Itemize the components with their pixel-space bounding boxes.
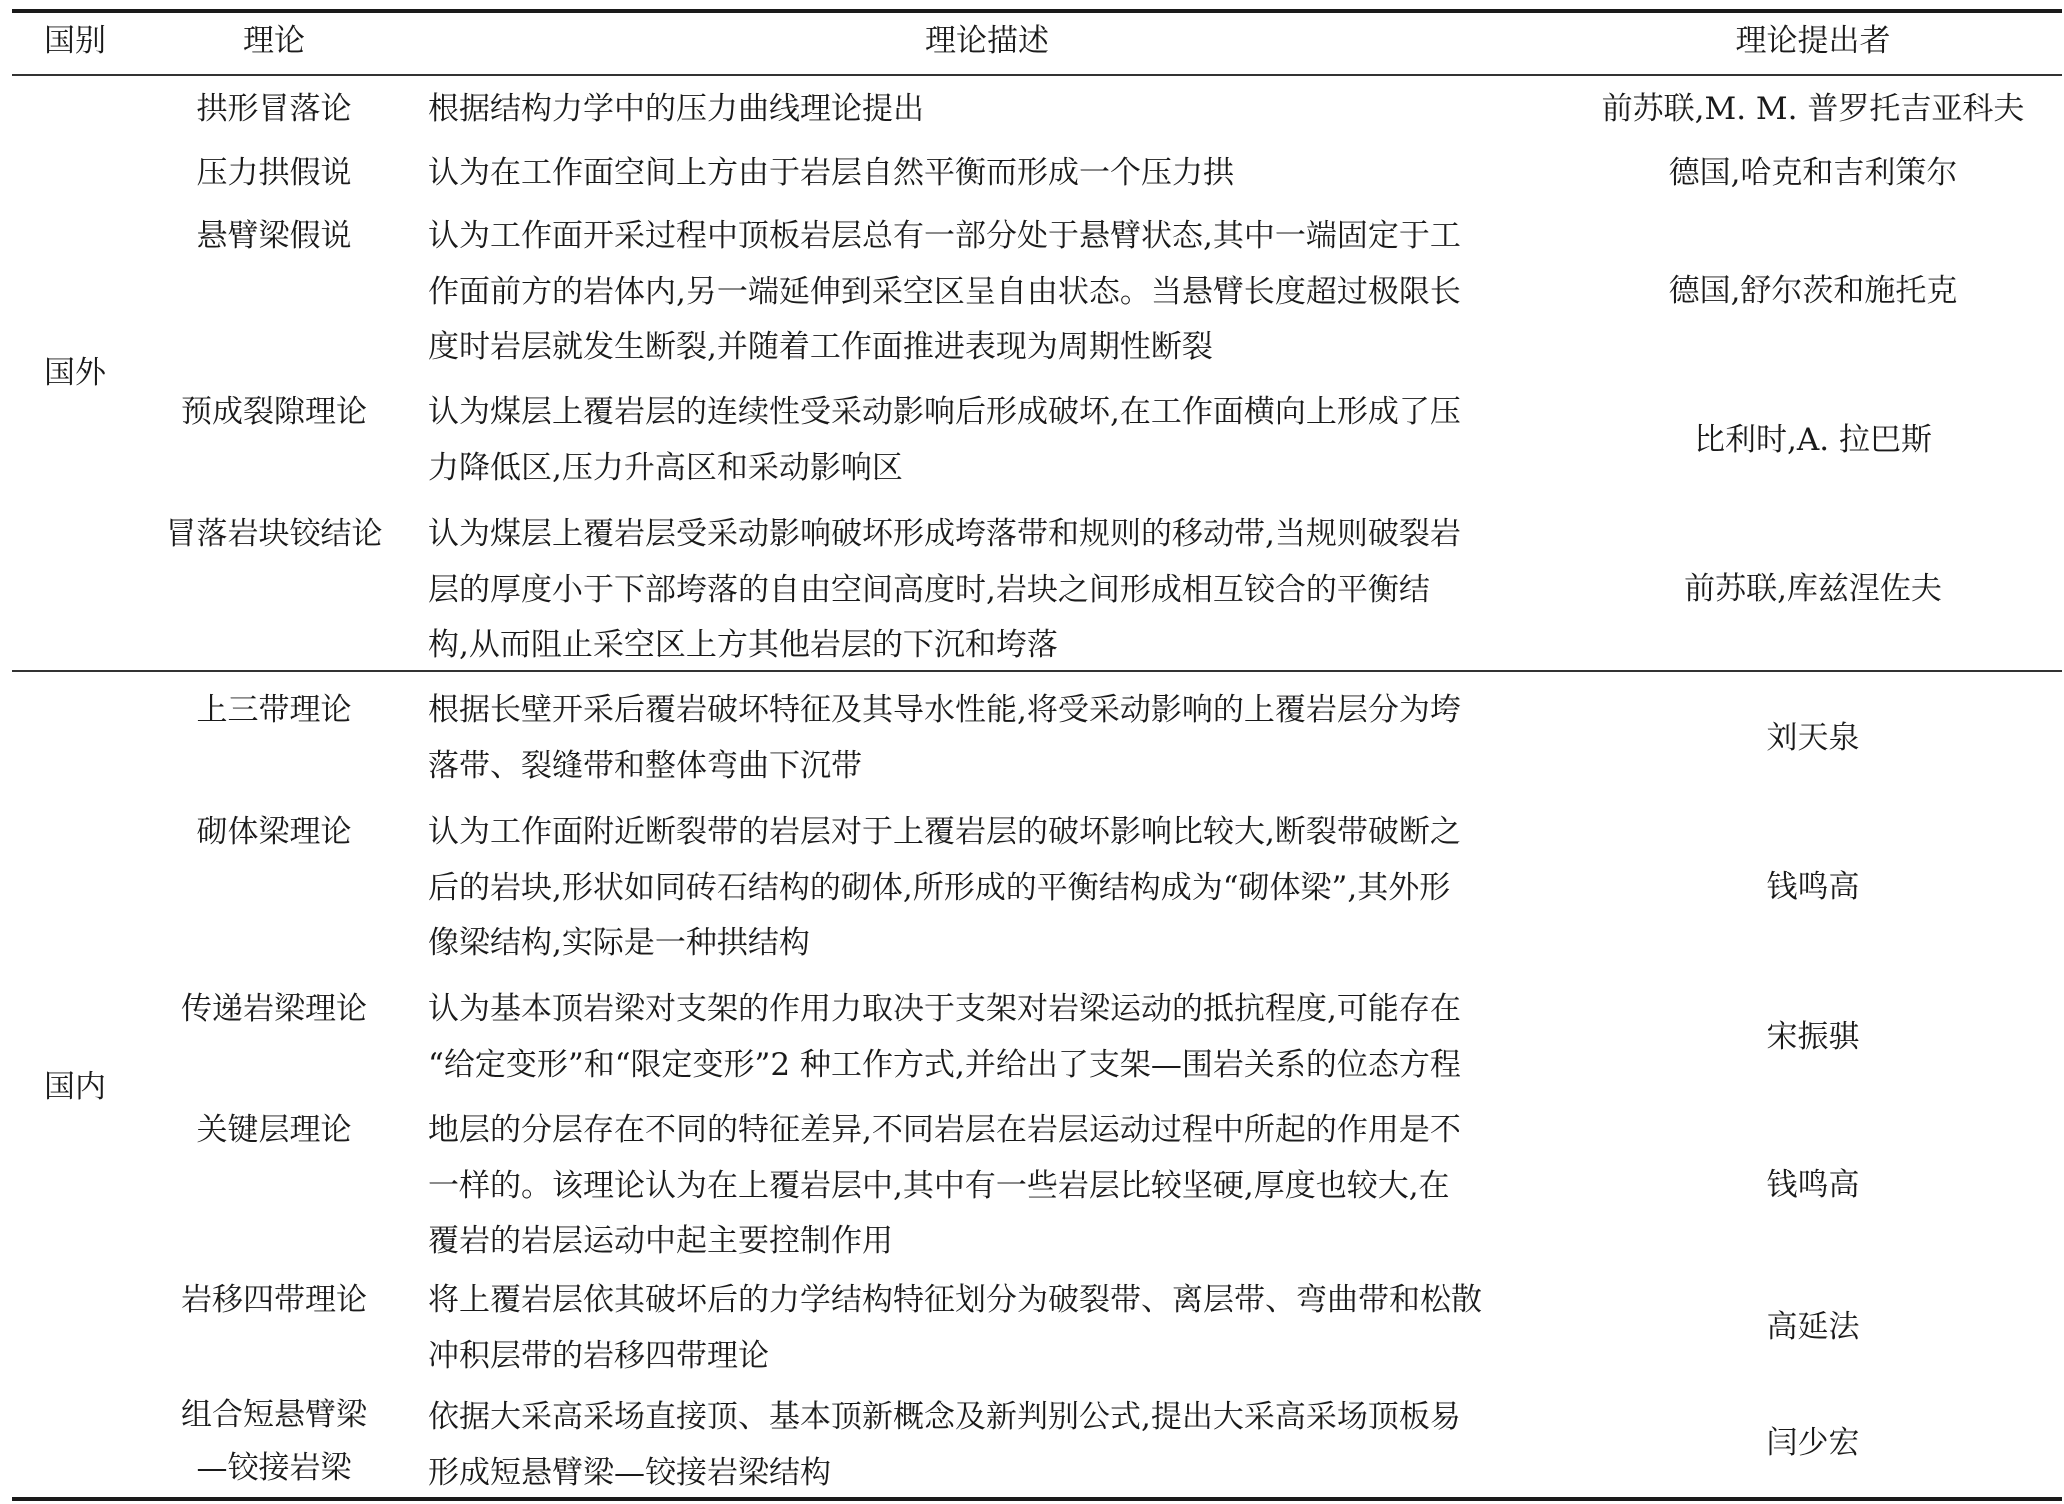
theory-description: 认为在工作面空间上方由于岩层自然平衡而形成一个压力拱 bbox=[428, 146, 1552, 202]
description-line: 根据长壁开采后覆岩破坏特征及其导水性能,将受采动影响的上覆岩层分为垮 bbox=[428, 683, 1552, 739]
description-line: 根据结构力学中的压力曲线理论提出 bbox=[428, 82, 1552, 138]
theory-proposer: 钱鸣高 bbox=[1767, 860, 1860, 915]
description-line: 地层的分层存在不同的特征差异,不同岩层在岩层运动过程中所起的作用是不 bbox=[428, 1103, 1552, 1159]
description-line: 冲积层带的岩移四带理论 bbox=[428, 1329, 1552, 1385]
header-bottom-rule bbox=[12, 74, 2062, 76]
description-line: 覆岩的岩层运动中起主要控制作用 bbox=[428, 1214, 1552, 1270]
theory-description: 依据大采高采场直接顶、基本顶新概念及新判别公式,提出大采高采场顶板易 形成短悬臂… bbox=[428, 1390, 1552, 1501]
theory-proposer: 刘天泉 bbox=[1767, 711, 1860, 766]
theory-description: 认为煤层上覆岩层受采动影响破坏形成垮落带和规则的移动带,当规则破裂岩 层的厚度小… bbox=[428, 507, 1552, 674]
description-line: 依据大采高采场直接顶、基本顶新概念及新判别公式,提出大采高采场顶板易 bbox=[428, 1390, 1552, 1446]
theory-proposer: 比利时,A. 拉巴斯 bbox=[1694, 413, 1932, 468]
description-line: 一样的。该理论认为在上覆岩层中,其中有一些岩层比较坚硬,厚度也较大,在 bbox=[428, 1159, 1552, 1215]
theory-description: 认为工作面开采过程中顶板岩层总有一部分处于悬臂状态,其中一端固定于工 作面前方的… bbox=[428, 209, 1552, 376]
header-description: 理论描述 bbox=[925, 14, 1049, 69]
country-label: 国内 bbox=[44, 1060, 106, 1115]
theory-name: 压力拱假说 bbox=[197, 146, 352, 201]
description-line: 认为在工作面空间上方由于岩层自然平衡而形成一个压力拱 bbox=[428, 146, 1552, 202]
theory-name: 冒落岩块铰结论 bbox=[166, 507, 383, 562]
theory-name: 砌体梁理论 bbox=[197, 805, 352, 860]
theory-proposer: 前苏联,库兹涅佐夫 bbox=[1684, 562, 1942, 617]
theory-description: 认为基本顶岩梁对支架的作用力取决于支架对岩梁运动的抵抗程度,可能存在 “给定变形… bbox=[428, 982, 1552, 1093]
table-top-rule bbox=[12, 9, 2062, 13]
description-line: 层的厚度小于下部垮落的自由空间高度时,岩块之间形成相互铰合的平衡结 bbox=[428, 563, 1552, 619]
theory-proposer: 宋振骐 bbox=[1767, 1010, 1860, 1065]
theory-proposer: 前苏联,M. M. 普罗托吉亚科夫 bbox=[1602, 82, 2025, 137]
theory-name: 拱形冒落论 bbox=[197, 82, 352, 137]
description-line: 认为工作面附近断裂带的岩层对于上覆岩层的破坏影响比较大,断裂带破断之 bbox=[428, 805, 1552, 861]
country-label: 国外 bbox=[44, 346, 106, 401]
theory-proposer: 德国,哈克和吉利策尔 bbox=[1669, 146, 1958, 201]
theory-description: 地层的分层存在不同的特征差异,不同岩层在岩层运动过程中所起的作用是不 一样的。该… bbox=[428, 1103, 1552, 1270]
description-line: 形成短悬臂梁—铰接岩梁结构 bbox=[428, 1446, 1552, 1502]
description-line: 认为煤层上覆岩层的连续性受采动影响后形成破坏,在工作面横向上形成了压 bbox=[428, 385, 1552, 441]
theory-name: 组合短悬臂梁 bbox=[181, 1390, 367, 1440]
description-line: 后的岩块,形状如同砖石结构的砌体,所形成的平衡结构成为“砌体梁”,其外形 bbox=[428, 861, 1552, 917]
theory-name: 预成裂隙理论 bbox=[181, 385, 367, 440]
description-line: 像梁结构,实际是一种拱结构 bbox=[428, 916, 1552, 972]
theory-name: 传递岩梁理论 bbox=[181, 982, 367, 1037]
description-line: 作面前方的岩体内,另一端延伸到采空区呈自由状态。当悬臂长度超过极限长 bbox=[428, 265, 1552, 321]
theory-name: 关键层理论 bbox=[197, 1103, 352, 1158]
theory-description: 根据长壁开采后覆岩破坏特征及其导水性能,将受采动影响的上覆岩层分为垮 落带、裂缝… bbox=[428, 683, 1552, 794]
description-line: 构,从而阻止采空区上方其他岩层的下沉和垮落 bbox=[428, 618, 1552, 674]
header-country: 国别 bbox=[44, 14, 106, 69]
description-line: 认为基本顶岩梁对支架的作用力取决于支架对岩梁运动的抵抗程度,可能存在 bbox=[428, 982, 1552, 1038]
theory-proposer: 钱鸣高 bbox=[1767, 1158, 1860, 1213]
theory-description: 认为工作面附近断裂带的岩层对于上覆岩层的破坏影响比较大,断裂带破断之 后的岩块,… bbox=[428, 805, 1552, 972]
description-line: 将上覆岩层依其破坏后的力学结构特征划分为破裂带、离层带、弯曲带和松散 bbox=[428, 1273, 1552, 1329]
theory-description: 将上覆岩层依其破坏后的力学结构特征划分为破裂带、离层带、弯曲带和松散 冲积层带的… bbox=[428, 1273, 1552, 1384]
theory-proposer: 闫少宏 bbox=[1767, 1416, 1860, 1471]
description-line: 落带、裂缝带和整体弯曲下沉带 bbox=[428, 739, 1552, 795]
theory-proposer: 高延法 bbox=[1767, 1300, 1860, 1355]
theory-proposer: 德国,舒尔茨和施托克 bbox=[1669, 264, 1958, 319]
header-theory: 理论 bbox=[243, 14, 305, 69]
theory-name: 上三带理论 bbox=[197, 683, 352, 738]
description-line: “给定变形”和“限定变形”2 种工作方式,并给出了支架—围岩关系的位态方程 bbox=[428, 1038, 1552, 1094]
description-line: 认为煤层上覆岩层受采动影响破坏形成垮落带和规则的移动带,当规则破裂岩 bbox=[428, 507, 1552, 563]
theory-name-line2: —铰接岩梁 bbox=[197, 1443, 352, 1493]
description-line: 度时岩层就发生断裂,并随着工作面推进表现为周期性断裂 bbox=[428, 320, 1552, 376]
theory-description: 认为煤层上覆岩层的连续性受采动影响后形成破坏,在工作面横向上形成了压 力降低区,… bbox=[428, 385, 1552, 496]
header-proposer: 理论提出者 bbox=[1736, 14, 1891, 69]
description-line: 认为工作面开采过程中顶板岩层总有一部分处于悬臂状态,其中一端固定于工 bbox=[428, 209, 1552, 265]
theory-name: 岩移四带理论 bbox=[181, 1273, 367, 1328]
theory-description: 根据结构力学中的压力曲线理论提出 bbox=[428, 82, 1552, 138]
theory-name: 悬臂梁假说 bbox=[197, 209, 352, 264]
description-line: 力降低区,压力升高区和采动影响区 bbox=[428, 441, 1552, 497]
